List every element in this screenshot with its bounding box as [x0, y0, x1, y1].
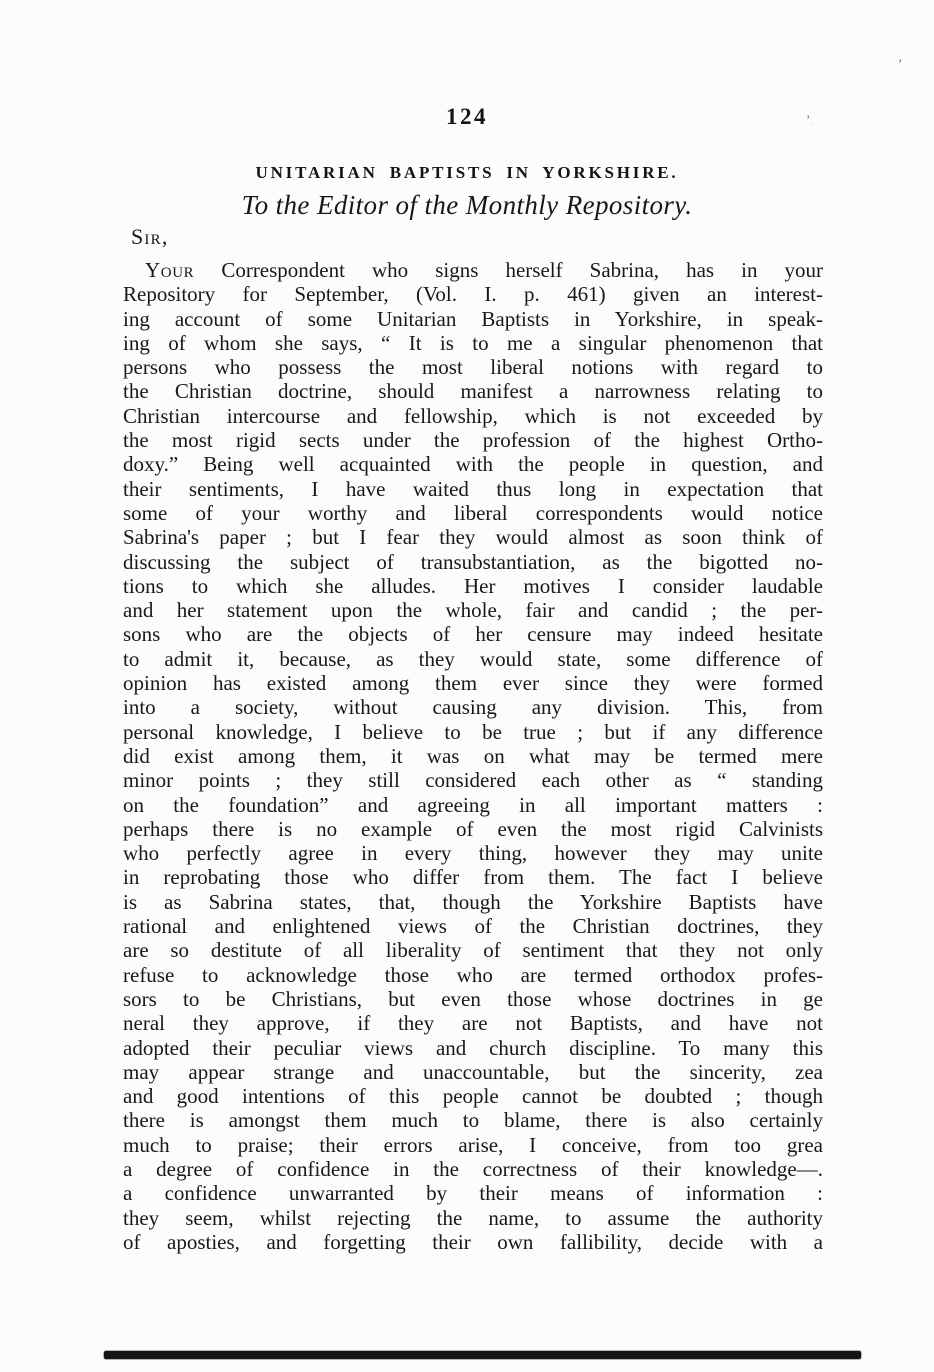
scan-artifact-bar — [104, 1351, 861, 1359]
scanned-document-page: 124 ’ ’ UNITARIAN BAPTISTS IN YORKSHIRE.… — [0, 0, 934, 1372]
body-text: Your Correspondent who signs herself Sab… — [123, 258, 823, 1254]
body-line: did exist among them, it was on what may… — [123, 744, 823, 768]
body-line: on the foundation” and agreeing in all i… — [123, 793, 823, 817]
body-line: to admit it, because, as they would stat… — [123, 647, 823, 671]
body-line: minor points ; they still considered eac… — [123, 768, 823, 792]
body-line: doxy.” Being well acquainted with the pe… — [123, 452, 823, 476]
body-line: are so destitute of all liberality of se… — [123, 938, 823, 962]
scan-speck: ’ — [898, 56, 902, 72]
body-line: much to praise; their errors arise, I co… — [123, 1133, 823, 1157]
body-line: Sabrina's paper ; but I fear they would … — [123, 525, 823, 549]
body-line: may appear strange and unaccountable, bu… — [123, 1060, 823, 1084]
lead-word: Your — [145, 258, 194, 282]
body-line-first-rest: Correspondent who signs herself Sabrina,… — [221, 258, 823, 282]
body-line: perhaps there is no example of even the … — [123, 817, 823, 841]
body-line: a confidence unwarranted by their means … — [123, 1181, 823, 1205]
body-line: Repository for September, (Vol. I. p. 46… — [123, 282, 823, 306]
body-line-first: Your Correspondent who signs herself Sab… — [123, 258, 823, 282]
body-line: sons who are the objects of her censure … — [123, 622, 823, 646]
body-line: some of your worthy and liberal correspo… — [123, 501, 823, 525]
body-line: of aposties, and forgetting their own fa… — [123, 1230, 823, 1254]
body-line: persons who possess the most liberal not… — [123, 355, 823, 379]
body-line: in reprobating those who differ from the… — [123, 865, 823, 889]
article-subtitle: To the Editor of the Monthly Repository. — [0, 190, 934, 221]
body-line: and her statement upon the whole, fair a… — [123, 598, 823, 622]
body-lines: Repository for September, (Vol. I. p. 46… — [123, 282, 823, 1254]
body-line: a degree of confidence in the correctnes… — [123, 1157, 823, 1181]
body-line: there is amongst them much to blame, the… — [123, 1108, 823, 1132]
body-line: refuse to acknowledge those who are term… — [123, 963, 823, 987]
body-line: ing of whom she says, “ It is to me a si… — [123, 331, 823, 355]
body-line: and good intentions of this people canno… — [123, 1084, 823, 1108]
body-line: the most rigid sects under the professio… — [123, 428, 823, 452]
body-line: their sentiments, I have waited thus lon… — [123, 477, 823, 501]
body-line: opinion has existed among them ever sinc… — [123, 671, 823, 695]
body-line: discussing the subject of transubstantia… — [123, 550, 823, 574]
page-number: 124 — [0, 104, 934, 130]
body-line: personal knowledge, I believe to be true… — [123, 720, 823, 744]
body-line: adopted their peculiar views and church … — [123, 1036, 823, 1060]
body-line: ing account of some Unitarian Baptists i… — [123, 307, 823, 331]
body-line: they seem, whilst rejecting the name, to… — [123, 1206, 823, 1230]
body-line: rational and enlightened views of the Ch… — [123, 914, 823, 938]
body-line: the Christian doctrine, should manifest … — [123, 379, 823, 403]
body-line: who perfectly agree in every thing, howe… — [123, 841, 823, 865]
salutation: Sir, — [131, 224, 169, 250]
body-line: is as Sabrina states, that, though the Y… — [123, 890, 823, 914]
body-line: Christian intercourse and fellowship, wh… — [123, 404, 823, 428]
body-line: into a society, without causing any divi… — [123, 695, 823, 719]
body-line: neral they approve, if they are not Bapt… — [123, 1011, 823, 1035]
body-line: tions to which she alludes. Her motives … — [123, 574, 823, 598]
article-heading: UNITARIAN BAPTISTS IN YORKSHIRE. — [0, 163, 934, 183]
body-line: sors to be Christians, but even those wh… — [123, 987, 823, 1011]
scan-speck: ’ — [806, 112, 810, 128]
